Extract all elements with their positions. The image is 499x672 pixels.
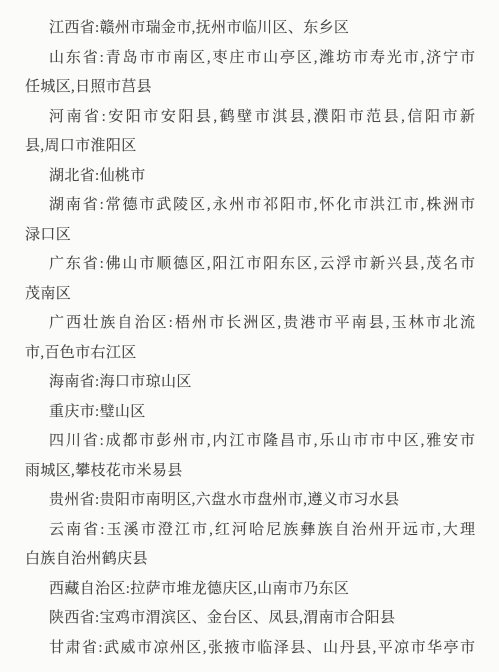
paragraph-重庆市: 重庆市:璧山区 (25, 398, 475, 428)
text-line: 贵州省:贵阳市南明区,六盘水市盘州市,遵义市习水县 (25, 486, 475, 516)
paragraph-江西省: 江西省:赣州市瑞金市,抚州市临川区、东乡区 (25, 14, 475, 44)
text-line: 陕西省:宝鸡市渭滨区、金台区、凤县,渭南市合阳县 (25, 604, 475, 634)
text-line: 甘肃省:武威市凉州区,张掖市临泽县、山丹县,平凉市华亭市 (25, 634, 475, 664)
text-line: 湖南省:常德市武陵区,永州市祁阳市,怀化市洪江市,株洲市 (25, 191, 475, 221)
paragraph-湖北省: 湖北省:仙桃市 (25, 162, 475, 192)
text-line: 市,百色市右江区 (25, 339, 475, 369)
paragraph-甘肃省: 甘肃省:武威市凉州区,张掖市临泽县、山丹县,平凉市华亭市 (25, 634, 475, 664)
text-line: 县,周口市淮阳区 (25, 132, 475, 162)
paragraph-海南省: 海南省:海口市琼山区 (25, 368, 475, 398)
paragraph-贵州省: 贵州省:贵阳市南明区,六盘水市盘州市,遵义市习水县 (25, 486, 475, 516)
text-line: 四川省:成都市彭州市,内江市隆昌市,乐山市市中区,雅安市 (25, 427, 475, 457)
text-line: 雨城区,攀枝花市米易县 (25, 457, 475, 487)
text-line: 江西省:赣州市瑞金市,抚州市临川区、东乡区 (25, 14, 475, 44)
text-line: 山东省:青岛市市南区,枣庄市山亭区,潍坊市寿光市,济宁市 (25, 44, 475, 74)
text-line: 湖北省:仙桃市 (25, 162, 475, 192)
text-line: 河南省:安阳市安阳县,鹤壁市淇县,濮阳市范县,信阳市新 (25, 103, 475, 133)
paragraph-云南省: 云南省:玉溪市澄江市,红河哈尼族彝族自治州开远市,大理白族自治州鹤庆县 (25, 516, 475, 575)
paragraph-广东省: 广东省:佛山市顺德区,阳江市阳东区,云浮市新兴县,茂名市茂南区 (25, 250, 475, 309)
document-page: 江西省:赣州市瑞金市,抚州市临川区、东乡区山东省:青岛市市南区,枣庄市山亭区,潍… (0, 0, 499, 672)
text-line: 茂南区 (25, 280, 475, 310)
paragraph-陕西省: 陕西省:宝鸡市渭滨区、金台区、凤县,渭南市合阳县 (25, 604, 475, 634)
paragraph-山东省: 山东省:青岛市市南区,枣庄市山亭区,潍坊市寿光市,济宁市任城区,日照市莒县 (25, 44, 475, 103)
text-line: 渌口区 (25, 221, 475, 251)
text-line: 云南省:玉溪市澄江市,红河哈尼族彝族自治州开远市,大理 (25, 516, 475, 546)
paragraph-湖南省: 湖南省:常德市武陵区,永州市祁阳市,怀化市洪江市,株洲市渌口区 (25, 191, 475, 250)
text-line: 任城区,日照市莒县 (25, 73, 475, 103)
paragraph-河南省: 河南省:安阳市安阳县,鹤壁市淇县,濮阳市范县,信阳市新县,周口市淮阳区 (25, 103, 475, 162)
text-line: 广西壮族自治区:梧州市长洲区,贵港市平南县,玉林市北流 (25, 309, 475, 339)
text-line: 白族自治州鹤庆县 (25, 545, 475, 575)
text-line: 重庆市:璧山区 (25, 398, 475, 428)
paragraph-四川省: 四川省:成都市彭州市,内江市隆昌市,乐山市市中区,雅安市雨城区,攀枝花市米易县 (25, 427, 475, 486)
paragraph-西藏自治区: 西藏自治区:拉萨市堆龙德庆区,山南市乃东区 (25, 575, 475, 605)
paragraph-广西壮族自治区: 广西壮族自治区:梧州市长洲区,贵港市平南县,玉林市北流市,百色市右江区 (25, 309, 475, 368)
text-line: 西藏自治区:拉萨市堆龙德庆区,山南市乃东区 (25, 575, 475, 605)
text-line: 海南省:海口市琼山区 (25, 368, 475, 398)
text-line: 广东省:佛山市顺德区,阳江市阳东区,云浮市新兴县,茂名市 (25, 250, 475, 280)
